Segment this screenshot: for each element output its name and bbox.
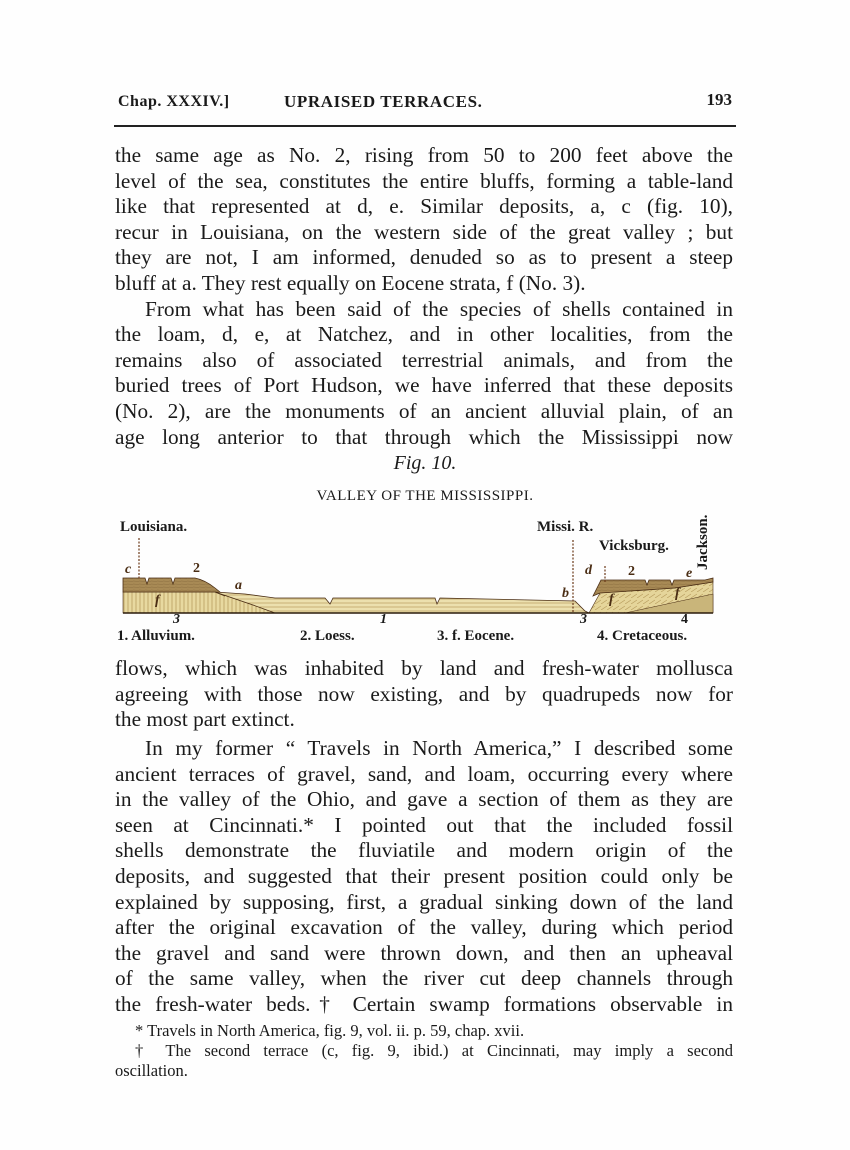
chapter-label: Chap. XXXIV.] [118,93,230,111]
number-3-left: 3 [173,612,180,628]
letter-c: c [125,562,131,578]
text-line: like that represented at d, e. Similar d… [115,194,733,220]
footnote-asterisk: * Travels in North America, fig. 9, vol.… [115,1021,733,1041]
body-text-continued: flows, which was inhabited by land and f… [115,656,733,733]
letter-a: a [235,578,242,594]
text-line: the same age as No. 2, rising from 50 to… [115,143,733,169]
letter-e: e [686,566,692,582]
text-line: the fresh-water beds.† Certain swamp for… [115,992,733,1018]
letter-f-left: f [155,593,160,609]
text-line: bluff at a. They rest equally on Eocene … [115,271,733,297]
text-line: deposits, and suggested that their prese… [115,864,733,890]
legend-loess: 2. Loess. [300,628,355,645]
figure-legend: 1. Alluvium. 2. Loess. 3. f. Eocene. 4. … [117,628,717,650]
body-text-bottom: In my former “ Travels in North America,… [115,736,733,1018]
text-line: the gravel and sand were thrown down, an… [115,941,733,967]
text-line: remains also of associated terrestrial a… [115,348,733,374]
running-head: Chap. XXXIV.] UPRAISED TERRACES. 193 [118,90,732,114]
book-page: Chap. XXXIV.] UPRAISED TERRACES. 193 the… [0,0,850,1150]
legend-eocene: 3. f. Eocene. [437,628,514,645]
text-line: From what has been said of the species o… [115,297,733,323]
text-line: explained by supposing, first, a gradual… [115,890,733,916]
text-line: they are not, I am informed, denuded so … [115,245,733,271]
text-line: In my former “ Travels in North America,… [115,736,733,762]
number-2-right: 2 [628,564,635,580]
number-2-left: 2 [193,561,200,577]
letter-d: d [585,563,592,579]
label-vicksburg: Vicksburg. [599,538,669,555]
number-4: 4 [681,612,688,628]
text-line: (No. 2), are the monuments of an ancient… [115,399,733,425]
text-line: level of the sea, constitutes the entire… [115,169,733,195]
letter-b: b [562,586,569,602]
text-line: ancient terraces of gravel, sand, and lo… [115,762,733,788]
text-line: agreeing with those now existing, and by… [115,682,733,708]
footnote-dagger: † The second terrace (c, fig. 9, ibid.) … [115,1041,733,1061]
figure-caption: Fig. 10. [0,452,850,475]
valley-cross-section-figure: Louisiana. Missi. R. Vicksburg. Jackson.… [115,508,715,638]
text-line: buried trees of Port Hudson, we have inf… [115,373,733,399]
footnote-dagger-continued: oscillation. [115,1061,733,1081]
figure-title: VALLEY OF THE MISSISSIPPI. [0,488,850,505]
legend-alluvium: 1. Alluvium. [117,628,195,645]
label-louisiana: Louisiana. [120,519,187,536]
text-line: shells demonstrate the fluviatile and mo… [115,838,733,864]
number-1: 1 [380,612,387,628]
text-line: flows, which was inhabited by land and f… [115,656,733,682]
running-title: UPRAISED TERRACES. [284,92,482,112]
text-line: after the original excavation of the val… [115,915,733,941]
page-number: 193 [707,90,733,110]
text-line: the most part extinct. [115,707,733,733]
text-line: the loam, d, e, at Natchez, and in other… [115,322,733,348]
footnotes: * Travels in North America, fig. 9, vol.… [115,1021,733,1081]
text-line: age long anterior to that through which … [115,425,733,451]
body-text-top: the same age as No. 2, rising from 50 to… [115,143,733,450]
label-jackson: Jackson. [695,515,712,570]
number-3-right: 3 [580,612,587,628]
letter-f-right: f [675,586,680,602]
text-line: recur in Louisiana, on the western side … [115,220,733,246]
text-line: of the same valley, when the river cut d… [115,966,733,992]
header-rule [114,125,736,127]
cross-section-drawing [115,508,715,638]
text-line: seen at Cincinnati.* I pointed out that … [115,813,733,839]
legend-cretaceous: 4. Cretaceous. [597,628,687,645]
text-line: in the valley of the Ohio, and gave a se… [115,787,733,813]
label-missi-r: Missi. R. [537,519,593,536]
letter-f-mid: f [609,592,614,608]
